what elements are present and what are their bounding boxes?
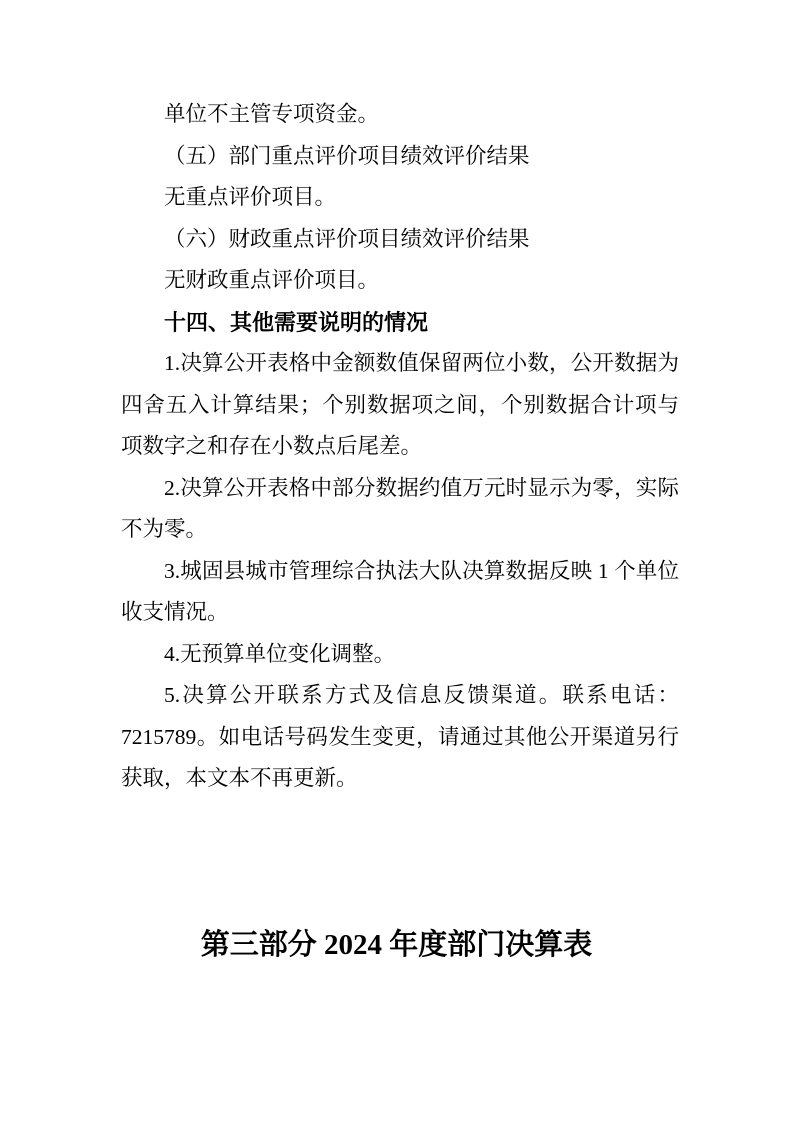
document-line: 单位不主管专项资金。 xyxy=(121,94,679,136)
document-line: 不为零。 xyxy=(121,509,679,551)
part-three-title: 第三部分 2024 年度部门决算表 xyxy=(0,924,793,966)
heading-other-notes: 十四、其他需要说明的情况 xyxy=(121,302,679,344)
document-line: 收支情况。 xyxy=(121,592,679,634)
document-line: 1.决算公开表格中金额数值保留两位小数，公开数据为 xyxy=(121,343,679,385)
document-line: 获取，本文本不再更新。 xyxy=(121,758,679,800)
document-body: 单位不主管专项资金。 （五）部门重点评价项目绩效评价结果 无重点评价项目。 （六… xyxy=(121,94,679,800)
document-line: （五）部门重点评价项目绩效评价结果 xyxy=(121,136,679,178)
document-line: 5.决算公开联系方式及信息反馈渠道。联系电话：（0916） xyxy=(121,675,679,717)
document-line: 四舍五入计算结果；个别数据项之间，个别数据合计项与分 xyxy=(121,385,679,427)
document-line: 3.城固县城市管理综合执法大队决算数据反映 1 个单位 xyxy=(121,551,679,593)
document-line: （六）财政重点评价项目绩效评价结果 xyxy=(121,219,679,261)
document-line: 项数字之和存在小数点后尾差。 xyxy=(121,426,679,468)
document-line: 无财政重点评价项目。 xyxy=(121,260,679,302)
document-line: 2.决算公开表格中部分数据约值万元时显示为零，实际 xyxy=(121,468,679,510)
document-line: 4.无预算单位变化调整。 xyxy=(121,634,679,676)
document-line: 7215789。如电话号码发生变更，请通过其他公开渠道另行 xyxy=(121,717,679,759)
document-page: 单位不主管专项资金。 （五）部门重点评价项目绩效评价结果 无重点评价项目。 （六… xyxy=(0,0,793,1122)
document-line: 无重点评价项目。 xyxy=(121,177,679,219)
